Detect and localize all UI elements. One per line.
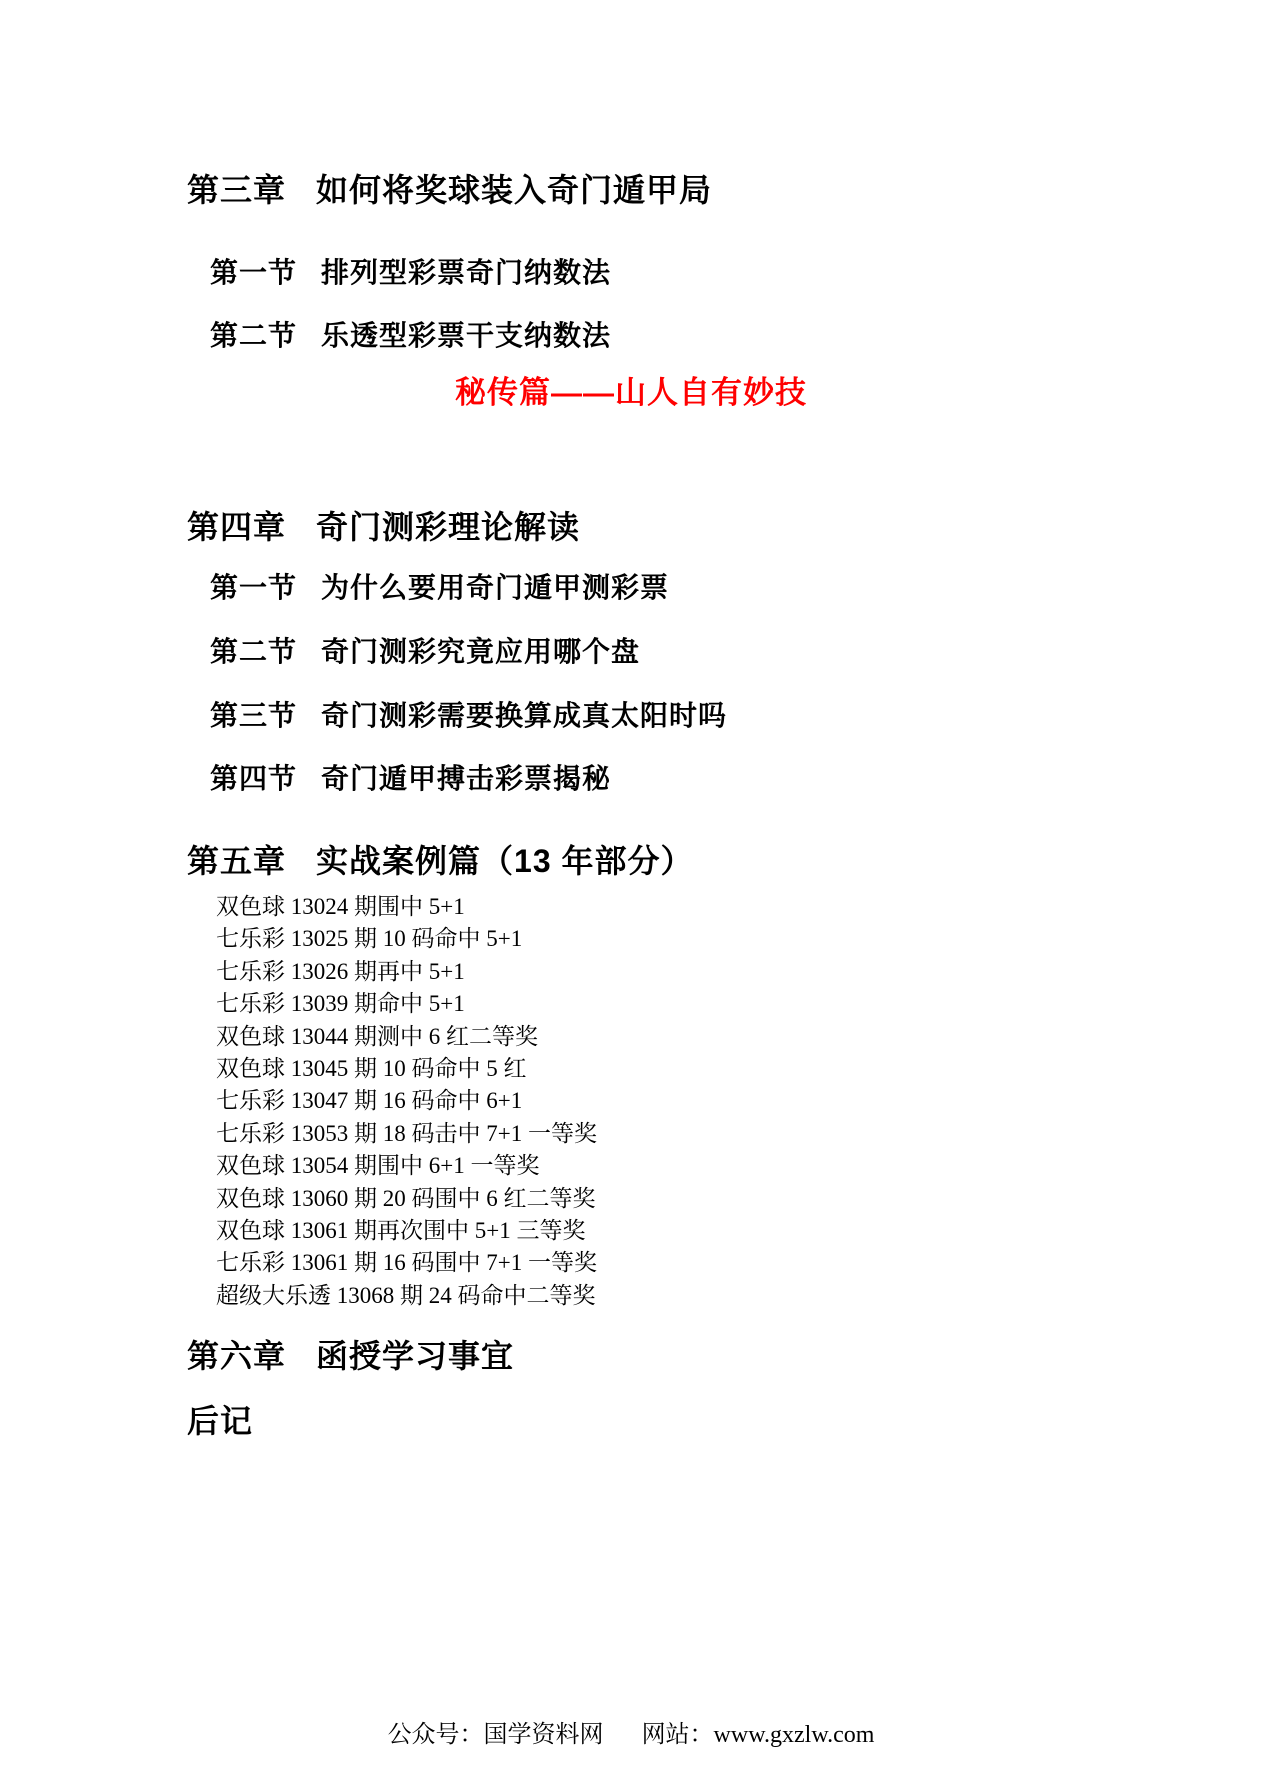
section-title: 奇门测彩究竟应用哪个盘	[321, 636, 640, 667]
case-item: 双色球 13054 期围中 6+1 一等奖	[216, 1150, 597, 1182]
chapter-3-title: 如何将奖球装入奇门遁甲局	[316, 172, 712, 208]
chapter-3-section-1: 第一节排列型彩票奇门纳数法	[210, 251, 611, 291]
secret-banner: 秘传篇——山人自有妙技	[0, 367, 1262, 412]
chapter-6-title: 函授学习事宜	[316, 1338, 514, 1374]
section-number: 第二节	[210, 314, 297, 354]
case-item: 七乐彩 13039 期命中 5+1	[216, 988, 597, 1020]
footer-wechat-label: 公众号：国学资料网	[388, 1714, 604, 1749]
chapter-3-heading: 第三章如何将奖球装入奇门遁甲局	[187, 165, 712, 211]
section-number: 第四节	[210, 757, 297, 797]
chapter-3-number: 第三章	[187, 165, 286, 211]
case-item: 双色球 13045 期 10 码命中 5 红	[216, 1053, 597, 1085]
chapter-4-section-4: 第四节奇门遁甲搏击彩票揭秘	[210, 757, 611, 797]
case-item: 七乐彩 13026 期再中 5+1	[216, 956, 597, 988]
case-result-list: 双色球 13024 期围中 5+1 七乐彩 13025 期 10 码命中 5+1…	[216, 891, 597, 1312]
document-page: 第三章如何将奖球装入奇门遁甲局 第一节排列型彩票奇门纳数法 第二节乐透型彩票干支…	[0, 0, 1262, 1791]
section-number: 第一节	[210, 251, 297, 291]
section-title: 排列型彩票奇门纳数法	[321, 257, 611, 288]
chapter-4-section-3: 第三节奇门测彩需要换算成真太阳时吗	[210, 694, 727, 734]
case-item: 七乐彩 13061 期 16 码围中 7+1 一等奖	[216, 1247, 597, 1279]
case-item: 双色球 13060 期 20 码围中 6 红二等奖	[216, 1183, 597, 1215]
chapter-5-title: 实战案例篇（13 年部分）	[316, 843, 694, 879]
case-item: 七乐彩 13053 期 18 码击中 7+1 一等奖	[216, 1118, 597, 1150]
case-item: 七乐彩 13047 期 16 码命中 6+1	[216, 1085, 597, 1117]
page-footer: 公众号：国学资料网 网站：www.gxzlw.com	[0, 1714, 1262, 1749]
section-title: 奇门遁甲搏击彩票揭秘	[321, 763, 611, 794]
section-number: 第二节	[210, 630, 297, 670]
footer-website-label: 网站：www.gxzlw.com	[642, 1714, 875, 1749]
chapter-4-section-1: 第一节为什么要用奇门遁甲测彩票	[210, 566, 669, 606]
case-item: 双色球 13024 期围中 5+1	[216, 891, 597, 923]
section-title: 乐透型彩票干支纳数法	[321, 320, 611, 351]
case-item: 超级大乐透 13068 期 24 码命中二等奖	[216, 1280, 597, 1312]
case-item: 双色球 13044 期测中 6 红二等奖	[216, 1021, 597, 1053]
section-number: 第一节	[210, 566, 297, 606]
chapter-4-title: 奇门测彩理论解读	[316, 509, 580, 545]
chapter-4-section-2: 第二节奇门测彩究竟应用哪个盘	[210, 630, 640, 670]
section-title: 为什么要用奇门遁甲测彩票	[321, 572, 669, 603]
chapter-4-number: 第四章	[187, 502, 286, 548]
case-item: 双色球 13061 期再次围中 5+1 三等奖	[216, 1215, 597, 1247]
chapter-3-section-2: 第二节乐透型彩票干支纳数法	[210, 314, 611, 354]
chapter-5-number: 第五章	[187, 836, 286, 882]
case-item: 七乐彩 13025 期 10 码命中 5+1	[216, 923, 597, 955]
chapter-4-heading: 第四章奇门测彩理论解读	[187, 502, 580, 548]
postscript-heading: 后记	[187, 1396, 253, 1442]
chapter-5-heading: 第五章实战案例篇（13 年部分）	[187, 836, 694, 882]
chapter-6-number: 第六章	[187, 1331, 286, 1377]
chapter-6-heading: 第六章函授学习事宜	[187, 1331, 514, 1377]
section-number: 第三节	[210, 694, 297, 734]
section-title: 奇门测彩需要换算成真太阳时吗	[321, 700, 727, 731]
